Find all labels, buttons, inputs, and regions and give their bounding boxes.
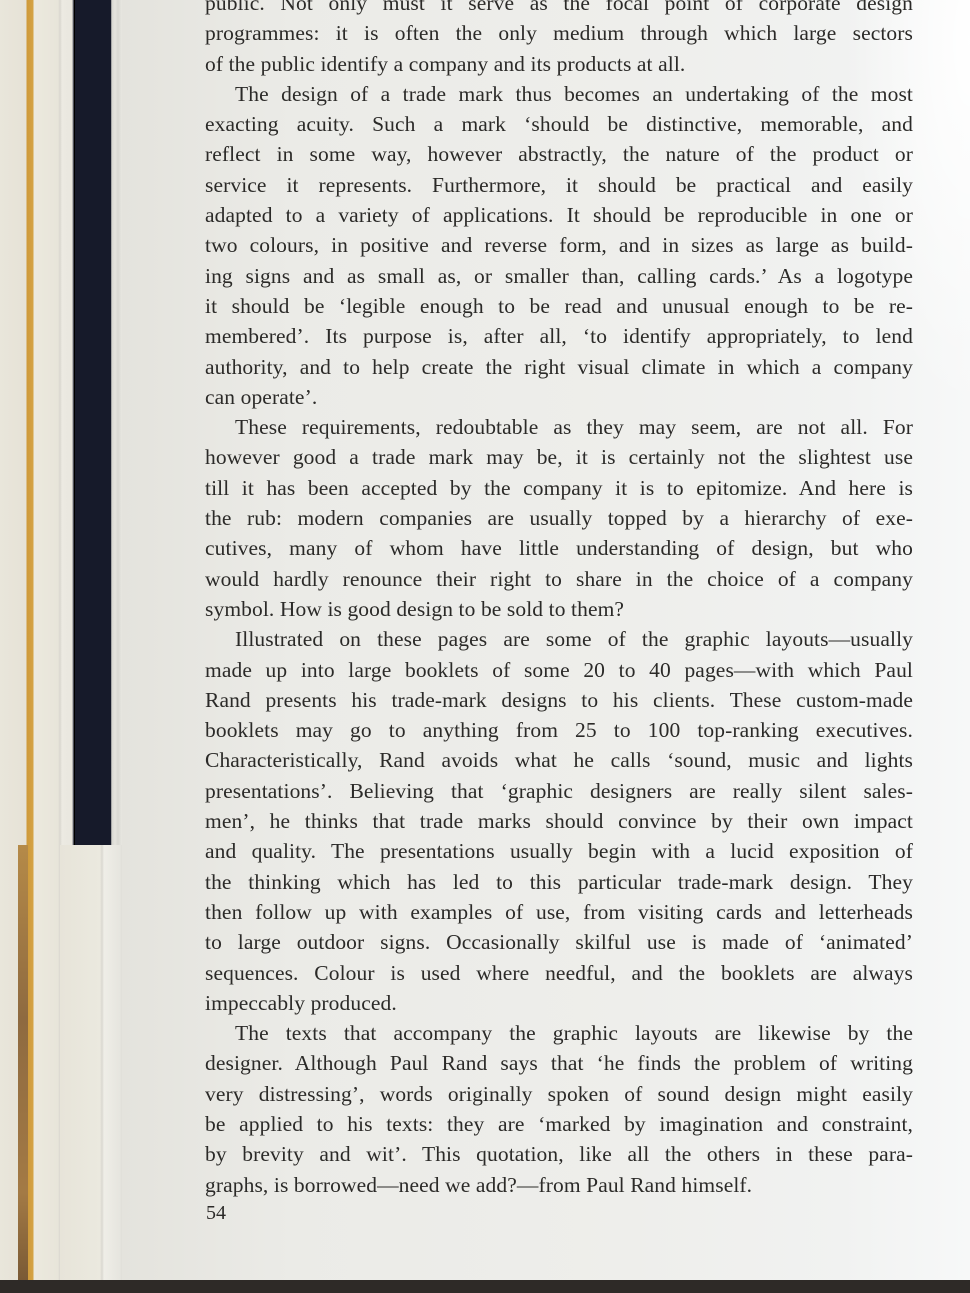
text-line: The texts that accompany the graphic lay… [205, 1018, 913, 1048]
text-line: can operate’. [205, 382, 913, 412]
text-line: Characteristically, Rand avoids what he … [205, 745, 913, 775]
table-surface [0, 1280, 970, 1293]
text-line: symbol. How is good design to be sold to… [205, 594, 913, 624]
text-line: to large outdoor signs. Occasionally ski… [205, 927, 913, 957]
text-line: impeccably produced. [205, 988, 913, 1018]
text-line: cutives, many of whom have little unders… [205, 533, 913, 563]
text-line: till it has been accepted by the company… [205, 473, 913, 503]
book-cover-edge [18, 845, 28, 1280]
text-line: would hardly renounce their right to sha… [205, 564, 913, 594]
page-number: 54 [206, 1202, 226, 1225]
text-line: graphs, is borrowed—need we add?—from Pa… [205, 1170, 913, 1200]
text-line: service it represents. Furthermore, it s… [205, 170, 913, 200]
text-line: adapted to a variety of applications. It… [205, 200, 913, 230]
text-line: The design of a trade mark thus becomes … [205, 79, 913, 109]
text-line: men’, he thinks that trade marks should … [205, 806, 913, 836]
text-line: presentations’. Believing that ‘graphic … [205, 776, 913, 806]
text-line: however good a trade mark may be, it is … [205, 442, 913, 472]
text-line: it should be ‘legible enough to be read … [205, 291, 913, 321]
text-line: made up into large booklets of some 20 t… [205, 655, 913, 685]
text-line: the rub: modern companies are usually to… [205, 503, 913, 533]
text-line: ing signs and as small as, or smaller th… [205, 261, 913, 291]
text-line: Illustrated on these pages are some of t… [205, 624, 913, 654]
text-line: sequences. Colour is used where needful,… [205, 958, 913, 988]
text-line: then follow up with examples of use, fro… [205, 897, 913, 927]
text-line: by brevity and wit’. This quotation, lik… [205, 1139, 913, 1169]
text-line: be applied to his texts: they are ‘marke… [205, 1109, 913, 1139]
book-page-edges-lower [60, 845, 125, 1285]
text-line: authority, and to help create the right … [205, 352, 913, 382]
text-line: Rand presents his trade-mark designs to … [205, 685, 913, 715]
text-line: designer. Although Paul Rand says that ‘… [205, 1048, 913, 1078]
text-line: booklets may go to anything from 25 to 1… [205, 715, 913, 745]
text-line: exacting acuity. Such a mark ‘should be … [205, 109, 913, 139]
text-line: These requirements, redoubtable as they … [205, 412, 913, 442]
facing-page-dark-band [74, 0, 111, 845]
text-line: the thinking which has led to this parti… [205, 867, 913, 897]
text-line: public. Not only must it serve as the fo… [205, 0, 913, 18]
text-line: reflect in some way, however abstractly,… [205, 139, 913, 169]
text-line: programmes: it is often the only medium … [205, 18, 913, 48]
text-line: two colours, in positive and reverse for… [205, 230, 913, 260]
text-line: of the public identify a company and its… [205, 49, 913, 79]
body-text: public. Not only must it serve as the fo… [205, 0, 913, 1200]
text-line: and quality. The presentations usually b… [205, 836, 913, 866]
text-line: very distressing’, words originally spok… [205, 1079, 913, 1109]
text-line: membered’. Its purpose is, after all, ‘t… [205, 321, 913, 351]
